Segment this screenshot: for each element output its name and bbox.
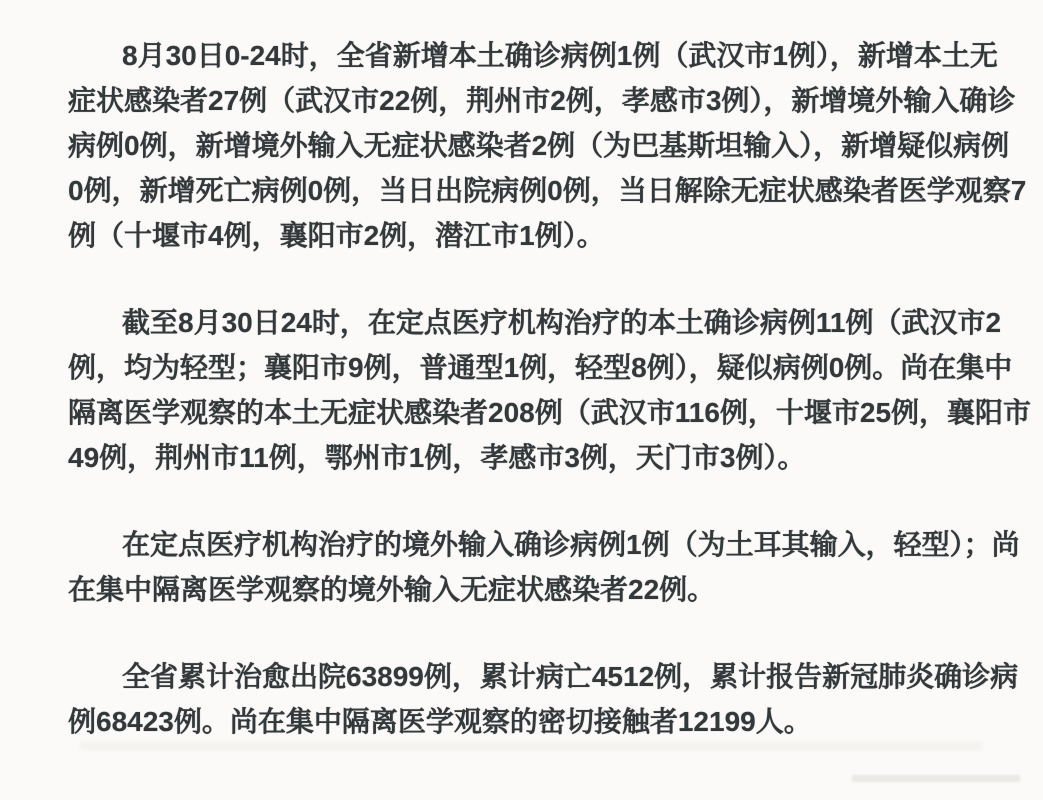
text-line: 全省累计治愈出院63899例，累计病亡4512例，累计报告新冠肺炎确诊病 xyxy=(68,654,983,699)
paragraph-container: 8月30日0-24时，全省新增本土确诊病例1例（武汉市1例），新增本土无症状感染… xyxy=(68,33,983,744)
paragraph: 8月30日0-24时，全省新增本土确诊病例1例（武汉市1例），新增本土无症状感染… xyxy=(68,33,983,258)
compression-artifact-band xyxy=(80,742,983,750)
text-line: 例68423例。尚在集中隔离医学观察的密切接触者12199人。 xyxy=(68,699,983,744)
text-line: 49例，荆州市11例，鄂州市1例，孝感市3例，天门市3例）。 xyxy=(68,435,983,480)
text-line: 症状感染者27例（武汉市22例，荆州市2例，孝感市3例），新增境外输入确诊 xyxy=(68,78,983,123)
text-line: 截至8月30日24时，在定点医疗机构治疗的本土确诊病例11例（武汉市2 xyxy=(68,300,983,345)
faint-watermark xyxy=(852,775,1020,782)
paragraph: 全省累计治愈出院63899例，累计病亡4512例，累计报告新冠肺炎确诊病例684… xyxy=(68,654,983,744)
paragraph: 在定点医疗机构治疗的境外输入确诊病例1例（为土耳其输入，轻型）；尚在集中隔离医学… xyxy=(68,522,983,612)
report-document: 8月30日0-24时，全省新增本土确诊病例1例（武汉市1例），新增本土无症状感染… xyxy=(68,33,983,744)
text-line: 8月30日0-24时，全省新增本土确诊病例1例（武汉市1例），新增本土无 xyxy=(68,33,983,78)
text-line: 病例0例，新增境外输入无症状感染者2例（为巴基斯坦输入），新增疑似病例 xyxy=(68,123,983,168)
text-line: 例（十堰市4例，襄阳市2例，潜江市1例）。 xyxy=(68,213,983,258)
text-line: 在定点医疗机构治疗的境外输入确诊病例1例（为土耳其输入，轻型）；尚 xyxy=(68,522,983,567)
paragraph: 截至8月30日24时，在定点医疗机构治疗的本土确诊病例11例（武汉市2例，均为轻… xyxy=(68,300,983,480)
text-line: 隔离医学观察的本土无症状感染者208例（武汉市116例，十堰市25例，襄阳市 xyxy=(68,390,983,435)
text-line: 例，均为轻型；襄阳市9例，普通型1例，轻型8例），疑似病例0例。尚在集中 xyxy=(68,345,983,390)
text-line: 0例，新增死亡病例0例，当日出院病例0例，当日解除无症状感染者医学观察7 xyxy=(68,168,983,213)
text-line: 在集中隔离医学观察的境外输入无症状感染者22例。 xyxy=(68,567,983,612)
